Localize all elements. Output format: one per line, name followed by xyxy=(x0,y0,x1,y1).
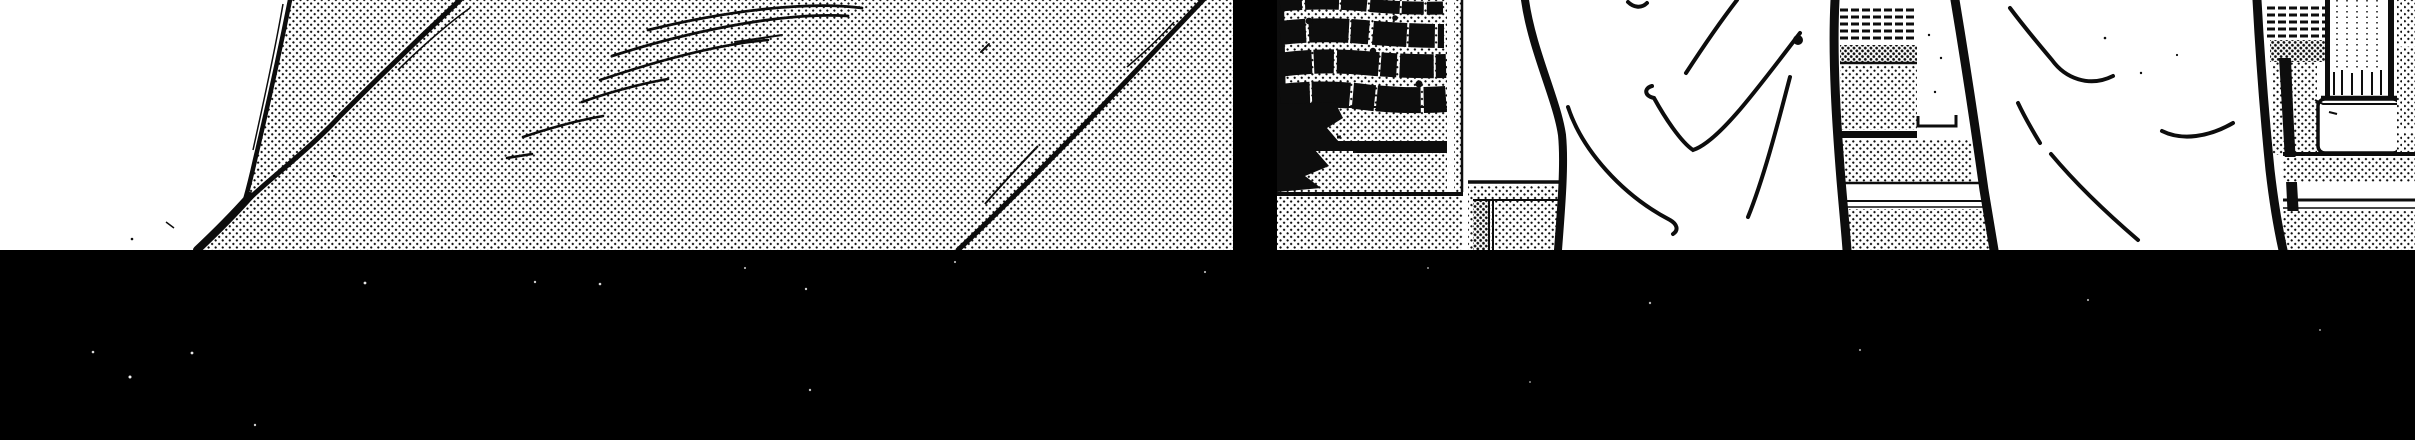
left-panel-region xyxy=(0,0,1233,250)
manga-page-crop xyxy=(0,0,2415,440)
right-panel-region xyxy=(1277,0,2415,250)
gutter-region xyxy=(1233,0,1277,250)
bottom-band-region xyxy=(0,250,2415,440)
